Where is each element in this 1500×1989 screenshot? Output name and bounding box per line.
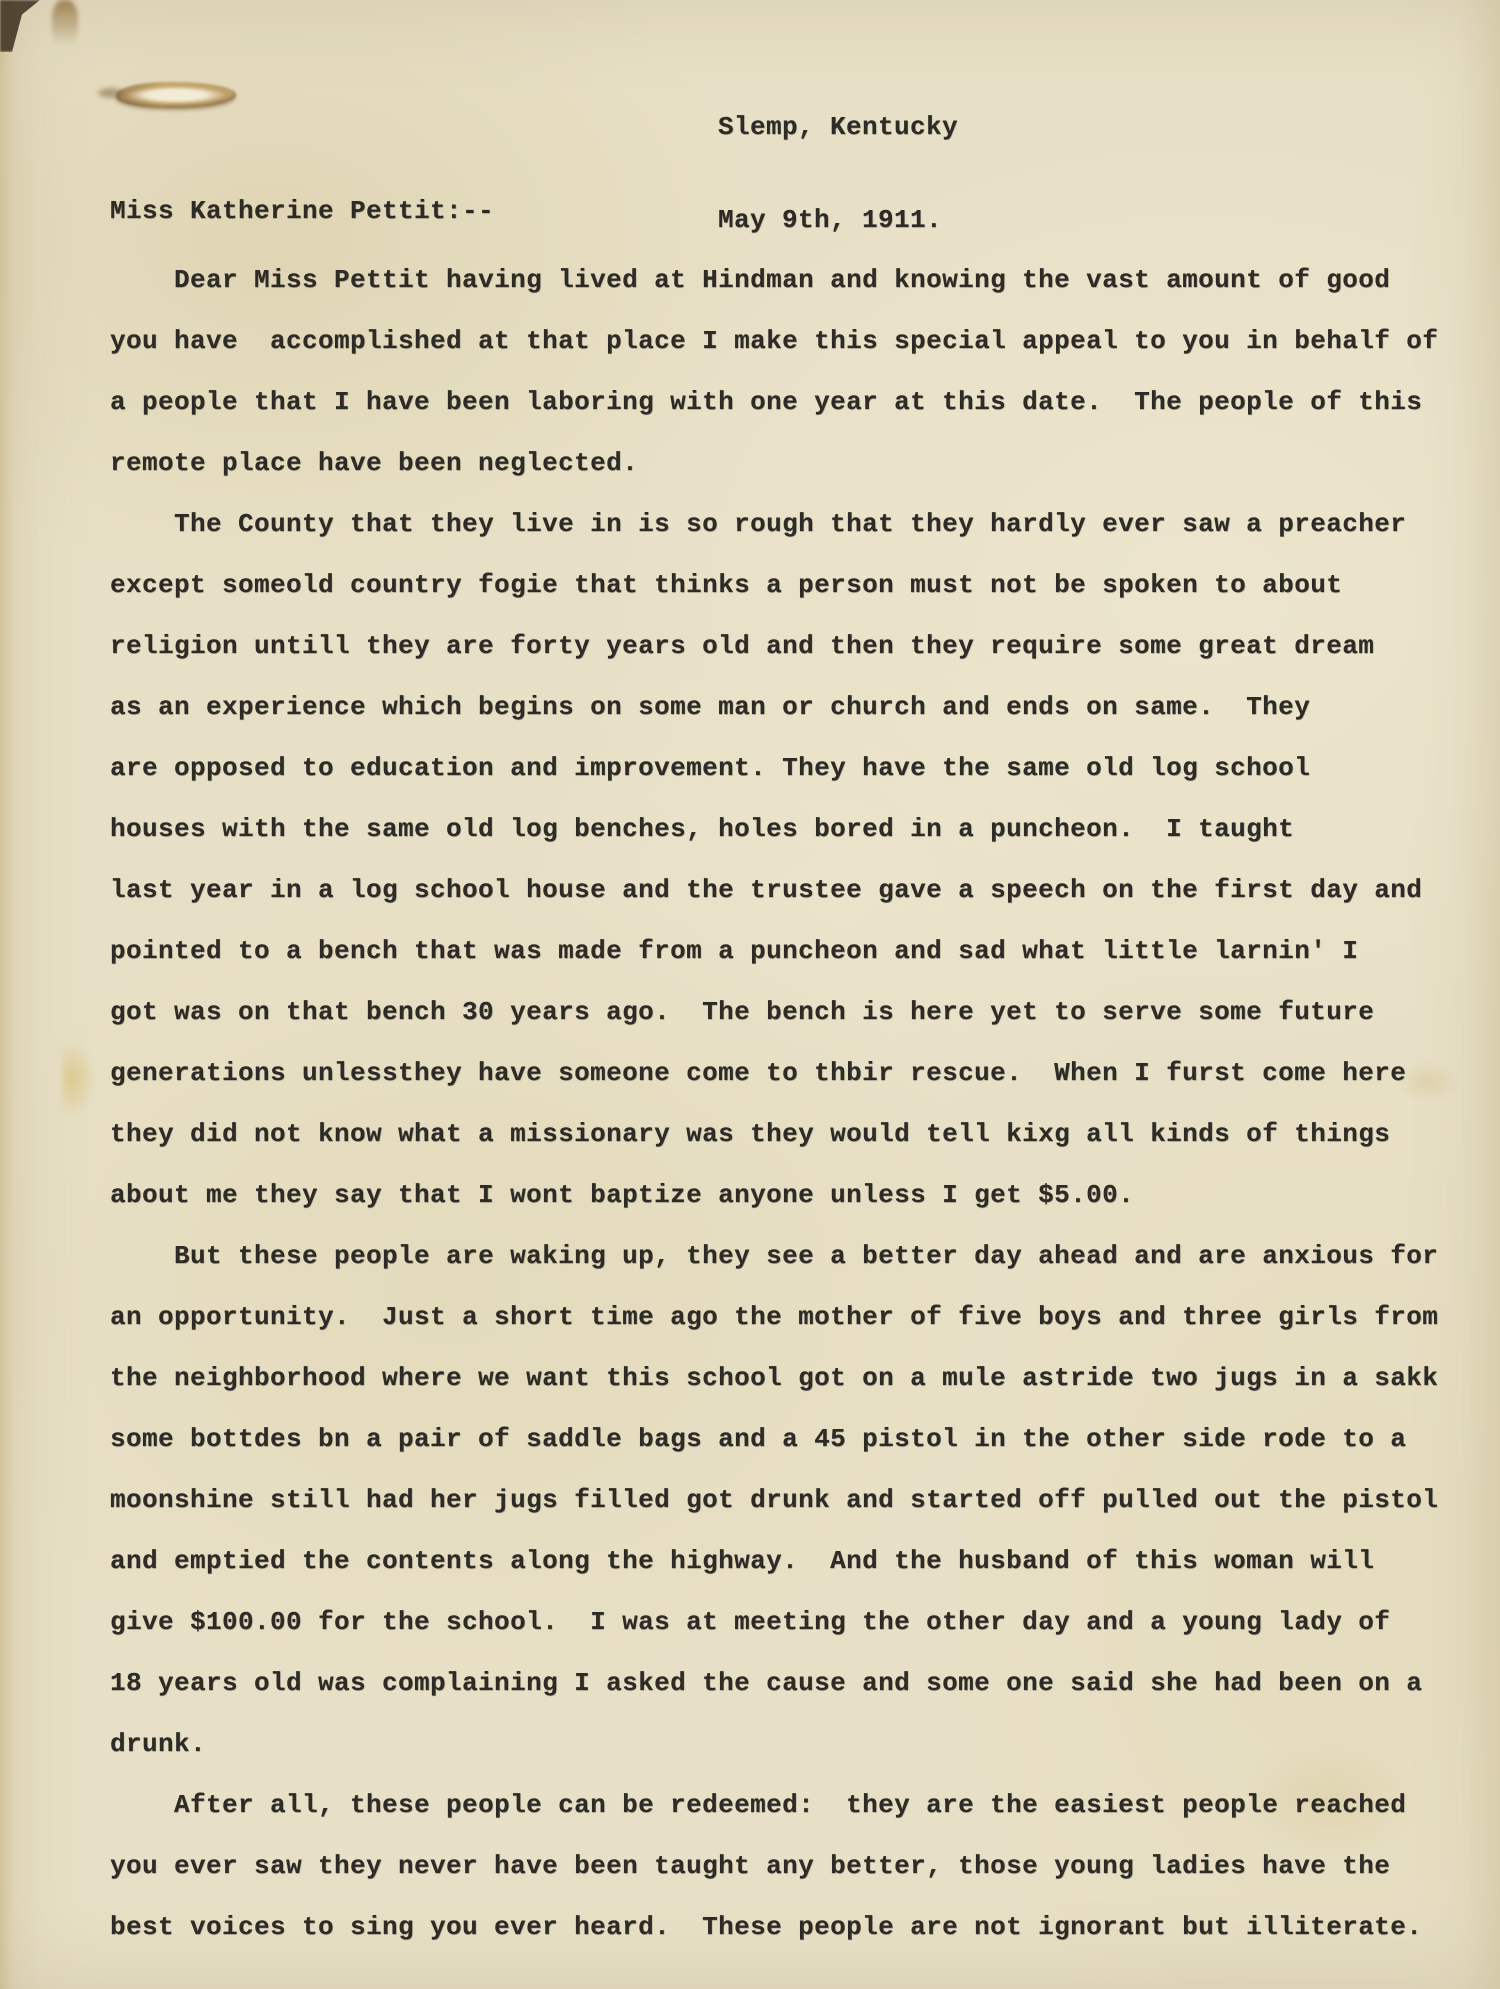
letter-body: Dear Miss Pettit having lived at Hindman… [110,250,1482,1958]
heading-date: May 9th, 1911. [718,205,958,236]
paper-top-streak [52,0,78,46]
heading-location: Slemp, Kentucky [718,112,958,143]
salutation: Miss Katherine Pettit:-- [110,196,494,226]
paper-tear-mark [116,82,236,108]
letter-page: { "letter": { "heading": { "location": "… [0,0,1500,1989]
paragraph-3: But these people are waking up, they see… [110,1226,1482,1775]
paragraph-4: After all, these people can be redeemed:… [110,1775,1482,1958]
paragraph-2: The County that they live in is so rough… [110,494,1482,1226]
letter-heading: Slemp, Kentucky May 9th, 1911. [718,50,958,267]
paragraph-1: Dear Miss Pettit having lived at Hindman… [110,250,1482,494]
paper-stain-left [62,1040,96,1118]
